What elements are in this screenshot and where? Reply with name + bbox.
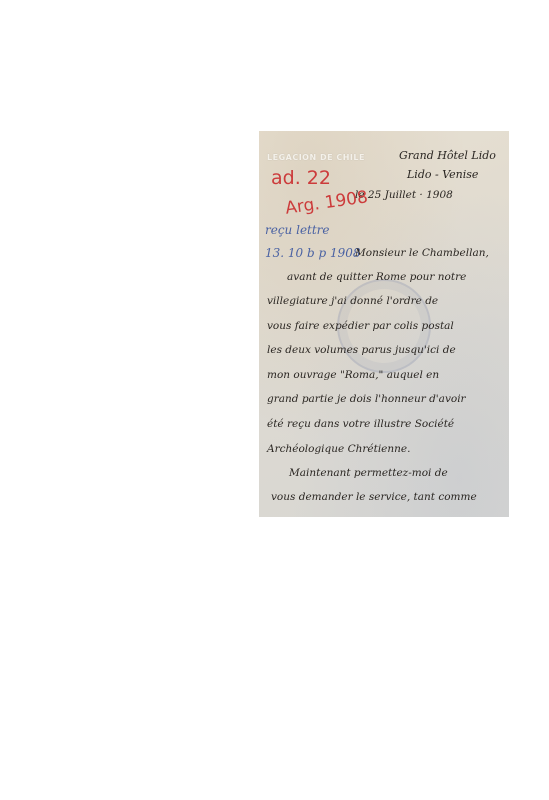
body-line: avant de quitter Rome pour notre <box>287 271 466 283</box>
letter-page: LEGACION DE CHILE Grand Hôtel Lido Lido … <box>259 131 509 517</box>
body-line: Maintenant permettez-moi de <box>289 467 448 479</box>
blue-annotation-2: 13. 10 b p 1908 <box>265 246 361 260</box>
body-line: Archéologique Chrétienne. <box>267 443 410 455</box>
body-line: été reçu dans votre illustre Société <box>267 418 454 430</box>
blue-annotation-1: reçu lettre <box>265 223 330 237</box>
body-line: les deux volumes parus jusqu'ici de <box>267 344 456 356</box>
letterhead-stamp: LEGACION DE CHILE <box>267 153 365 162</box>
red-annotation-1: ad. 22 <box>271 167 331 189</box>
address-line-2: Lido - Venise <box>407 168 478 181</box>
body-line: vous faire expédier par colis postal <box>267 320 454 332</box>
letter-date: le 25 Juillet · 1908 <box>355 189 453 201</box>
salutation: Monsieur le Chambellan, <box>355 247 489 259</box>
address-line-1: Grand Hôtel Lido <box>399 149 496 162</box>
body-line: grand partie je dois l'honneur d'avoir <box>267 393 466 405</box>
body-line: villegiature j'ai donné l'ordre de <box>267 295 438 307</box>
body-line: mon ouvrage "Roma," auquel en <box>267 369 439 381</box>
body-line: vous demander le service, tant comme <box>271 491 477 503</box>
red-annotation-2: Arg. 1908 <box>284 187 369 218</box>
